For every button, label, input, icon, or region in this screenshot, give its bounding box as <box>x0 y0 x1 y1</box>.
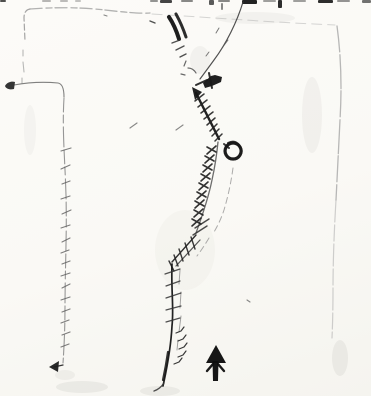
boundary-start-dot <box>5 82 15 90</box>
cropped-text-remnant-mark <box>150 0 158 2</box>
north-arrow-head <box>206 345 226 363</box>
scanned-sketch-page <box>0 0 371 396</box>
frame-right-edge-lower <box>332 200 336 338</box>
cropped-text-remnant-mark <box>181 0 193 2</box>
cropped-text-remnant-mark <box>293 0 306 2</box>
cropped-text-remnant-mark <box>242 0 257 4</box>
cropped-text-remnant-mark <box>362 0 371 3</box>
scan-smudge <box>24 105 36 155</box>
scan-smudge <box>332 340 348 376</box>
sketch-map-canvas <box>0 0 371 396</box>
cropped-text-remnant-mark <box>75 0 81 2</box>
cropped-text-remnant-mark <box>278 0 282 8</box>
route-upper-arrowhead <box>192 87 202 100</box>
frame-top-left-corner <box>24 9 30 41</box>
circle-marker-tail <box>224 142 240 148</box>
crescent-mark-outer <box>169 17 179 39</box>
cropped-text-remnant-mark <box>263 0 276 2</box>
boundary-top-leader-line <box>14 82 64 97</box>
frame-right-edge-upper <box>336 26 341 200</box>
cropped-text-remnant-mark <box>60 0 68 2</box>
cropped-text-remnant-mark <box>221 3 223 10</box>
cropped-text-remnant-mark <box>218 0 230 2</box>
cropped-text-remnant-mark <box>209 0 214 5</box>
frame-top-edge <box>30 8 150 13</box>
cropped-text-remnant-mark <box>42 0 51 2</box>
cropped-text-remnant-mark <box>337 0 350 2</box>
scan-smudge <box>302 77 322 153</box>
route-lower-check-ticks <box>174 327 187 364</box>
frame-left-edge-dashes <box>22 50 24 83</box>
leader-line-ticks <box>206 28 228 56</box>
boundary-end-arrowhead <box>49 361 59 372</box>
cropped-text-remnant-mark <box>0 0 6 2</box>
scan-smudge <box>155 210 215 290</box>
boundary-vertical-line <box>63 98 66 363</box>
scan-smudge <box>56 381 108 393</box>
cropped-text-remnant-mark <box>160 0 172 3</box>
cropped-text-remnant-mark <box>318 0 333 3</box>
